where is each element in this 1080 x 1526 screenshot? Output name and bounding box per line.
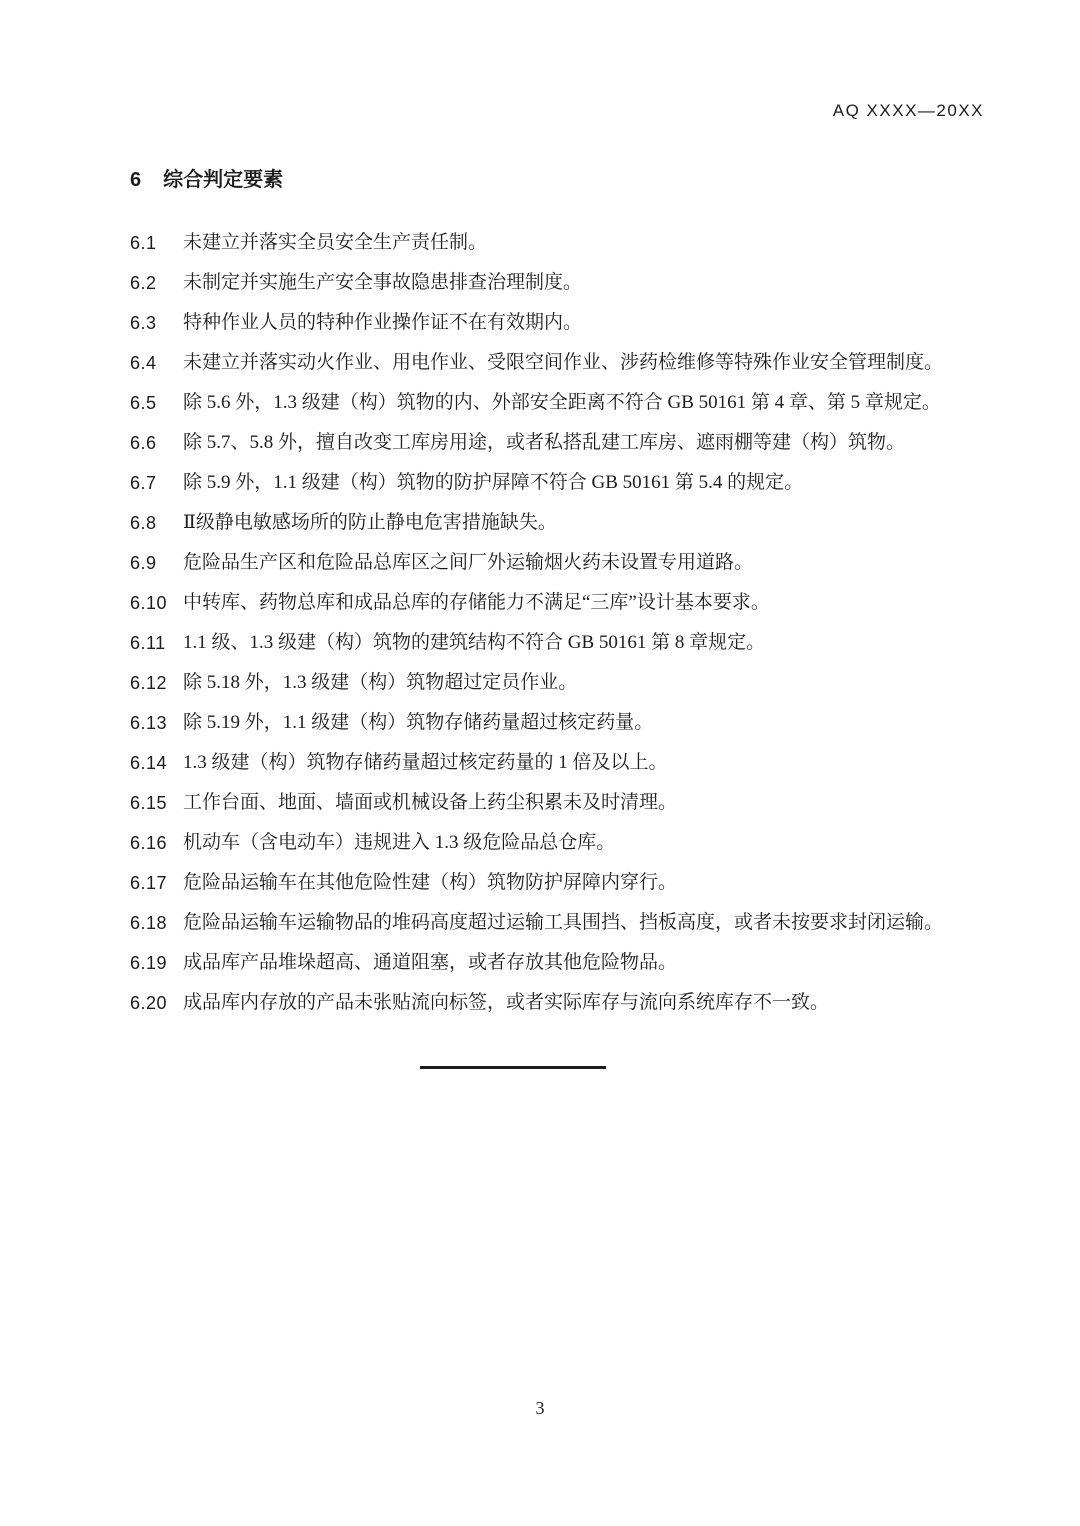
clause-text: Ⅱ级静电敏感场所的防止静电危害措施缺失。	[183, 503, 557, 543]
clause-text: 未建立并落实全员安全生产责任制。	[183, 223, 487, 263]
clause-item: 6.5 除 5.6 外，1.3 级建（构）筑物的内、外部安全距离不符合 GB 5…	[130, 383, 1010, 423]
clause-text: 除 5.6 外，1.3 级建（构）筑物的内、外部安全距离不符合 GB 50161…	[183, 383, 941, 423]
clause-text: 1.1 级、1.3 级建（构）筑物的建筑结构不符合 GB 50161 第 8 章…	[183, 623, 765, 663]
clause-number: 6.14	[130, 743, 183, 783]
clause-item: 6.15 工作台面、地面、墙面或机械设备上药尘积累未及时清理。	[130, 783, 1010, 823]
clause-number: 6.6	[130, 423, 183, 463]
clause-item: 6.10 中转库、药物总库和成品总库的存储能力不满足“三库”设计基本要求。	[130, 583, 1010, 623]
end-of-document-divider	[420, 1066, 606, 1069]
clause-text: 危险品运输车在其他危险性建（构）筑物防护屏障内穿行。	[183, 863, 677, 903]
clause-item: 6.19 成品库产品堆垛超高、通道阻塞，或者存放其他危险物品。	[130, 943, 1010, 983]
clause-number: 6.15	[130, 783, 183, 823]
clause-number: 6.4	[130, 343, 183, 383]
section-number: 6	[130, 169, 141, 192]
clause-number: 6.17	[130, 863, 183, 903]
clause-list: 6.1 未建立并落实全员安全生产责任制。 6.2 未制定并实施生产安全事故隐患排…	[130, 223, 1010, 1023]
clause-item: 6.11 1.1 级、1.3 级建（构）筑物的建筑结构不符合 GB 50161 …	[130, 623, 1010, 663]
clause-item: 6.2 未制定并实施生产安全事故隐患排查治理制度。	[130, 263, 1010, 303]
clause-number: 6.2	[130, 263, 183, 303]
clause-number: 6.7	[130, 463, 183, 503]
page-number: 3	[0, 1398, 1080, 1419]
document-page: AQ XXXX—20XX 6综合判定要素 6.1 未建立并落实全员安全生产责任制…	[0, 0, 1080, 1526]
clause-item: 6.3 特种作业人员的特种作业操作证不在有效期内。	[130, 303, 1010, 343]
clause-text: 成品库内存放的产品未张贴流向标签，或者实际库存与流向系统库存不一致。	[183, 983, 829, 1023]
clause-text: 危险品运输车运输物品的堆码高度超过运输工具围挡、挡板高度，或者未按要求封闭运输。	[183, 903, 943, 943]
clause-text: 中转库、药物总库和成品总库的存储能力不满足“三库”设计基本要求。	[183, 583, 770, 623]
clause-text: 工作台面、地面、墙面或机械设备上药尘积累未及时清理。	[183, 783, 677, 823]
clause-number: 6.16	[130, 823, 183, 863]
clause-item: 6.20 成品库内存放的产品未张贴流向标签，或者实际库存与流向系统库存不一致。	[130, 983, 1010, 1023]
clause-text: 除 5.7、5.8 外，擅自改变工库房用途，或者私搭乱建工库房、遮雨棚等建（构）…	[183, 423, 905, 463]
clause-number: 6.11	[130, 623, 183, 663]
clause-number: 6.10	[130, 583, 183, 623]
clause-item: 6.16 机动车（含电动车）违规进入 1.3 级危险品总仓库。	[130, 823, 1010, 863]
clause-text: 未建立并落实动火作业、用电作业、受限空间作业、涉药检维修等特殊作业安全管理制度。	[183, 343, 943, 383]
section-title: 综合判定要素	[163, 169, 283, 191]
clause-item: 6.4 未建立并落实动火作业、用电作业、受限空间作业、涉药检维修等特殊作业安全管…	[130, 343, 1010, 383]
clause-text: 除 5.19 外，1.1 级建（构）筑物存储药量超过核定药量。	[183, 703, 653, 743]
clause-text: 成品库产品堆垛超高、通道阻塞，或者存放其他危险物品。	[183, 943, 677, 983]
clause-item: 6.9 危险品生产区和危险品总库区之间厂外运输烟火药未设置专用道路。	[130, 543, 1010, 583]
standard-code: AQ XXXX—20XX	[833, 101, 984, 121]
clause-number: 6.20	[130, 983, 183, 1023]
clause-number: 6.12	[130, 663, 183, 703]
clause-number: 6.3	[130, 303, 183, 343]
clause-text: 特种作业人员的特种作业操作证不在有效期内。	[183, 303, 582, 343]
clause-number: 6.19	[130, 943, 183, 983]
section-heading: 6综合判定要素	[130, 163, 283, 192]
clause-item: 6.12 除 5.18 外，1.3 级建（构）筑物超过定员作业。	[130, 663, 1010, 703]
clause-number: 6.5	[130, 383, 183, 423]
clause-number: 6.1	[130, 223, 183, 263]
clause-item: 6.18 危险品运输车运输物品的堆码高度超过运输工具围挡、挡板高度，或者未按要求…	[130, 903, 1010, 943]
clause-text: 未制定并实施生产安全事故隐患排查治理制度。	[183, 263, 582, 303]
clause-item: 6.14 1.3 级建（构）筑物存储药量超过核定药量的 1 倍及以上。	[130, 743, 1010, 783]
clause-number: 6.8	[130, 503, 183, 543]
clause-item: 6.6 除 5.7、5.8 外，擅自改变工库房用途，或者私搭乱建工库房、遮雨棚等…	[130, 423, 1010, 463]
clause-item: 6.17 危险品运输车在其他危险性建（构）筑物防护屏障内穿行。	[130, 863, 1010, 903]
clause-item: 6.7 除 5.9 外，1.1 级建（构）筑物的防护屏障不符合 GB 50161…	[130, 463, 1010, 503]
clause-number: 6.13	[130, 703, 183, 743]
clause-text: 除 5.9 外，1.1 级建（构）筑物的防护屏障不符合 GB 50161 第 5…	[183, 463, 803, 503]
clause-number: 6.18	[130, 903, 183, 943]
clause-text: 1.3 级建（构）筑物存储药量超过核定药量的 1 倍及以上。	[183, 743, 668, 783]
clause-item: 6.13 除 5.19 外，1.1 级建（构）筑物存储药量超过核定药量。	[130, 703, 1010, 743]
clause-item: 6.8 Ⅱ级静电敏感场所的防止静电危害措施缺失。	[130, 503, 1010, 543]
clause-item: 6.1 未建立并落实全员安全生产责任制。	[130, 223, 1010, 263]
clause-text: 危险品生产区和危险品总库区之间厂外运输烟火药未设置专用道路。	[183, 543, 753, 583]
clause-number: 6.9	[130, 543, 183, 583]
clause-text: 机动车（含电动车）违规进入 1.3 级危险品总仓库。	[183, 823, 615, 863]
clause-text: 除 5.18 外，1.3 级建（构）筑物超过定员作业。	[183, 663, 577, 703]
